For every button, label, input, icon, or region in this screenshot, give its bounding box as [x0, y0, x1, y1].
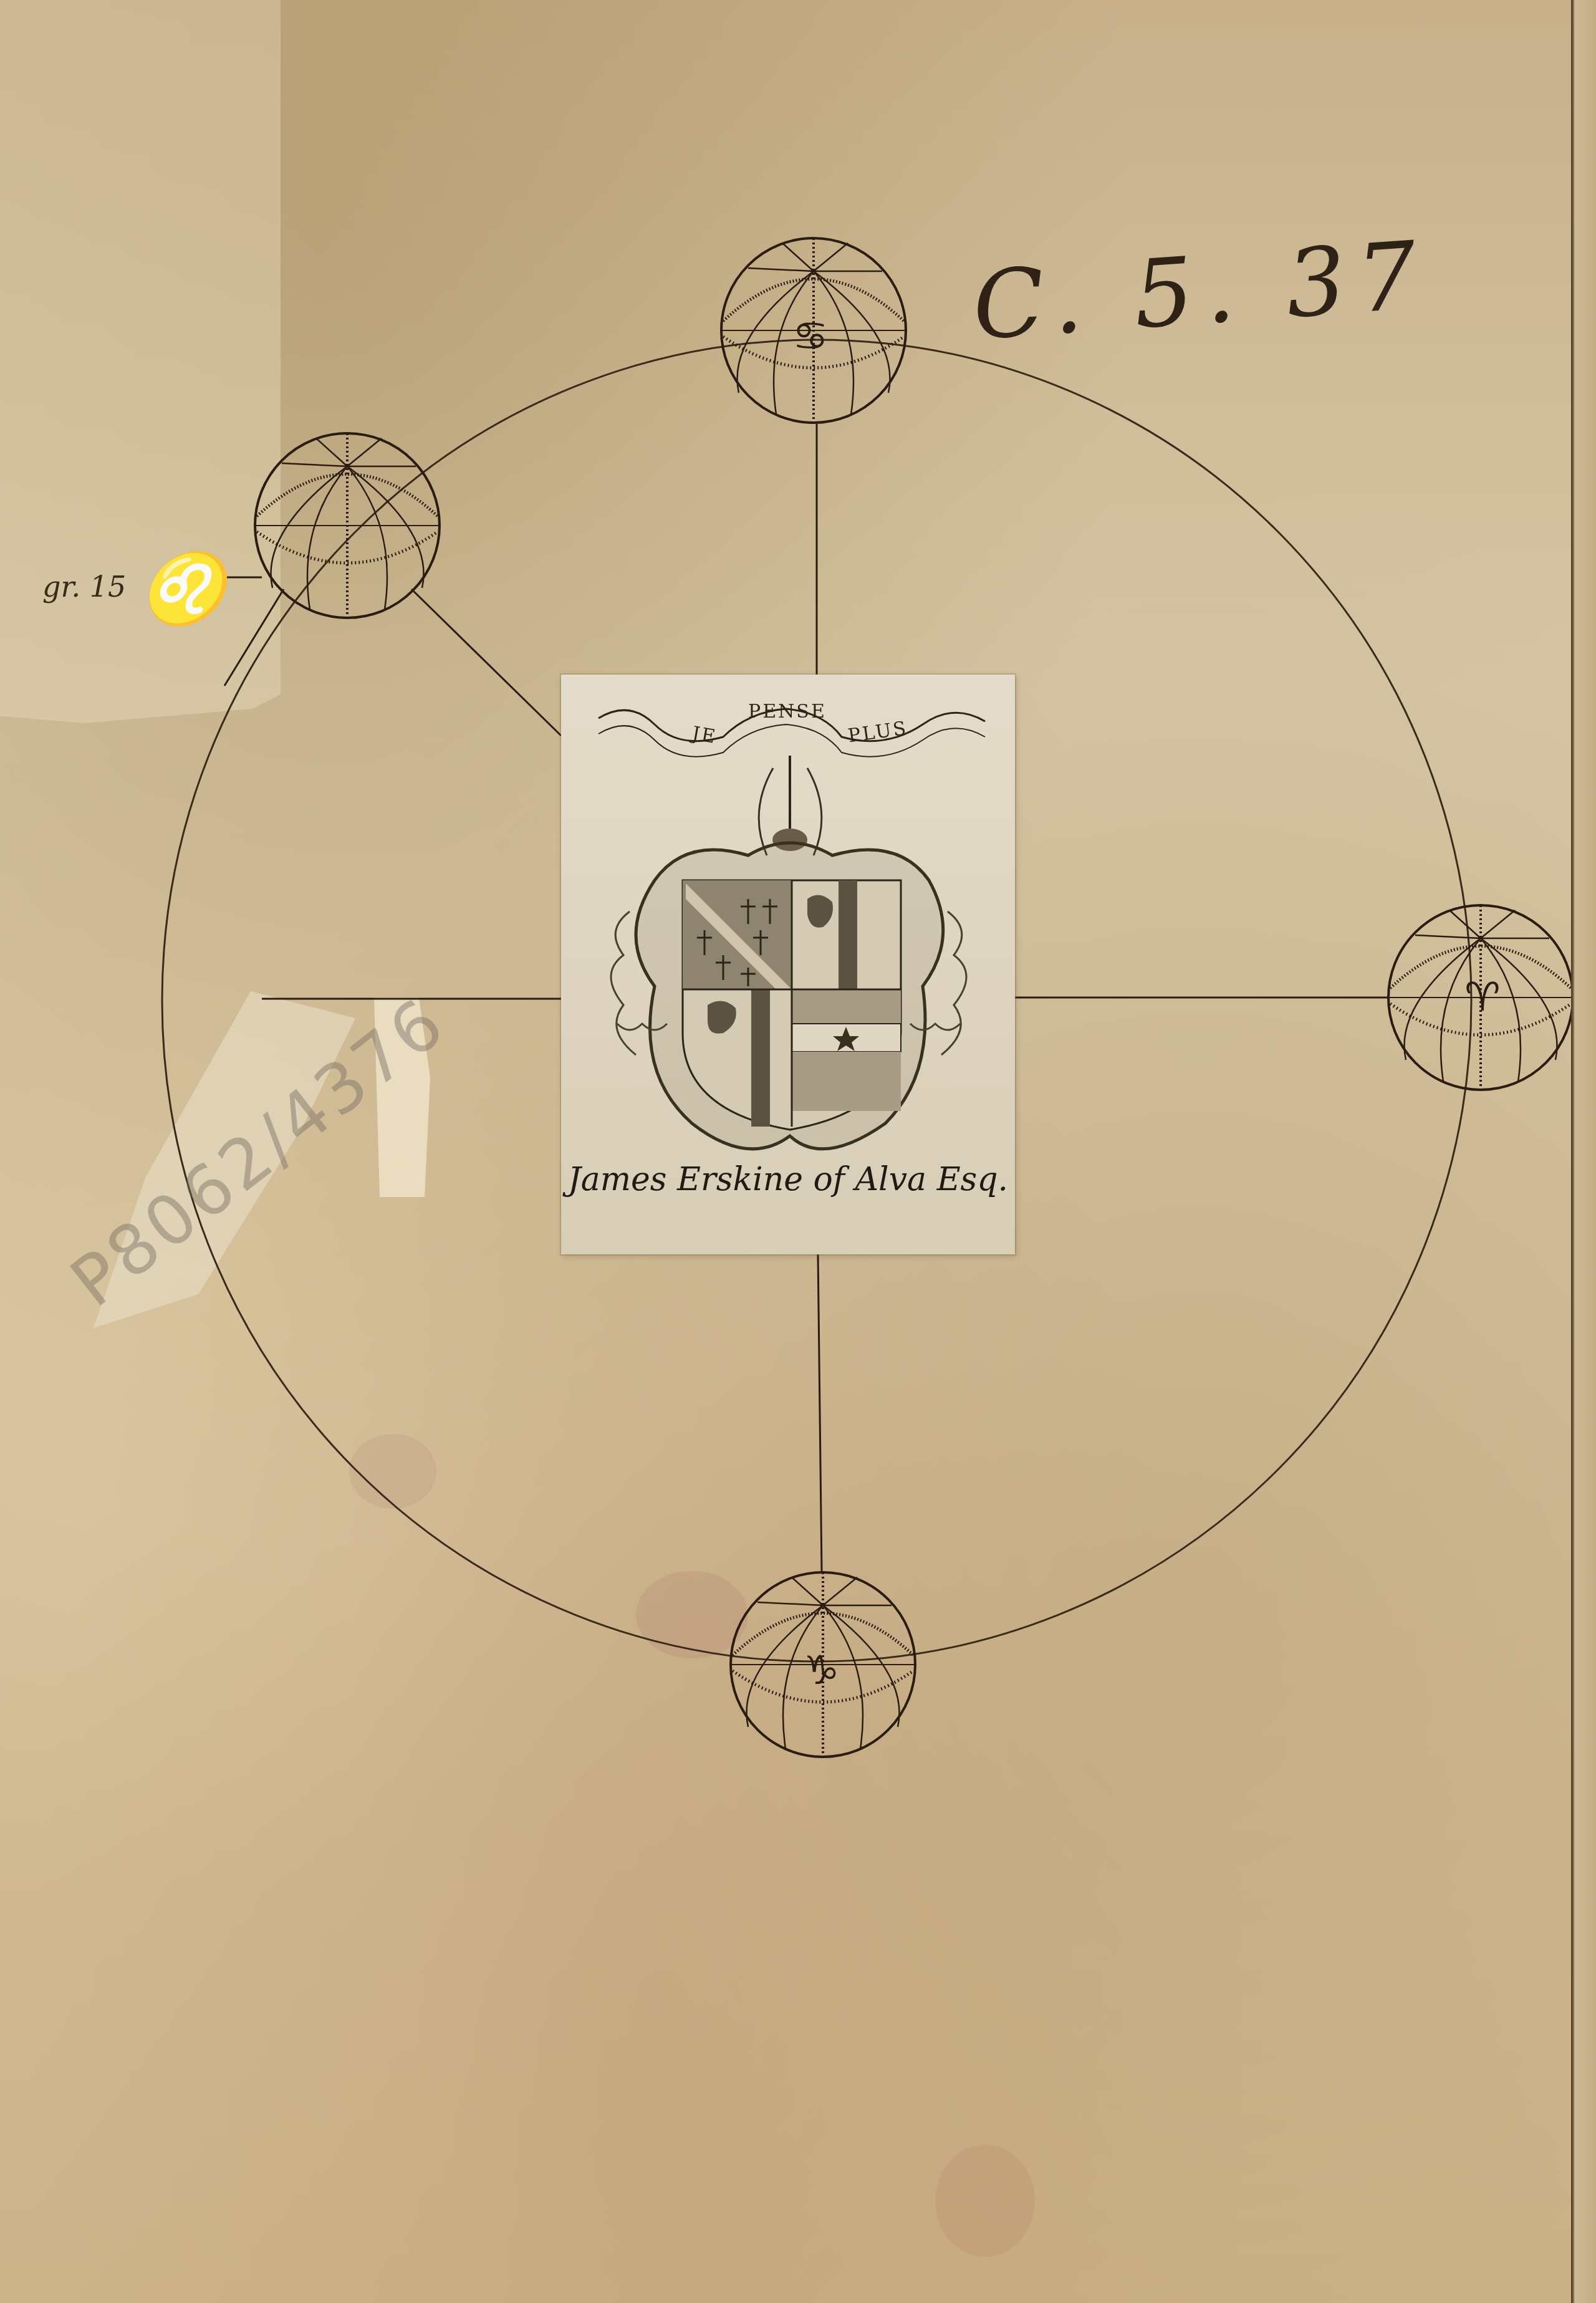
margin-note: gr. 15 ♌: [42, 549, 226, 629]
motto-word: JE: [690, 723, 718, 748]
capricorn-symbol-icon: ♑: [804, 1648, 839, 1694]
cancer-symbol-icon: ♋: [792, 314, 828, 360]
book-spine-edge: [1571, 0, 1596, 2303]
endpaper-page: ♋ ♈ ♑ C. 5. 37 gr. 15 ♌ P8062/4376: [0, 0, 1596, 2303]
motto-word: PLUS: [847, 717, 909, 747]
margin-note-text: gr. 15: [42, 570, 126, 603]
bookplate: JE PENSE PLUS James Erskine of Alva Esq.: [561, 675, 1015, 1254]
leo-symbol-icon: ♌: [140, 549, 226, 628]
motto-word: PENSE: [748, 701, 827, 723]
bookplate-owner-name: James Erskine of Alva Esq.: [561, 1161, 1015, 1198]
motto-ribbon: JE PENSE PLUS: [561, 687, 1015, 756]
aries-symbol-icon: ♈: [1464, 974, 1500, 1021]
